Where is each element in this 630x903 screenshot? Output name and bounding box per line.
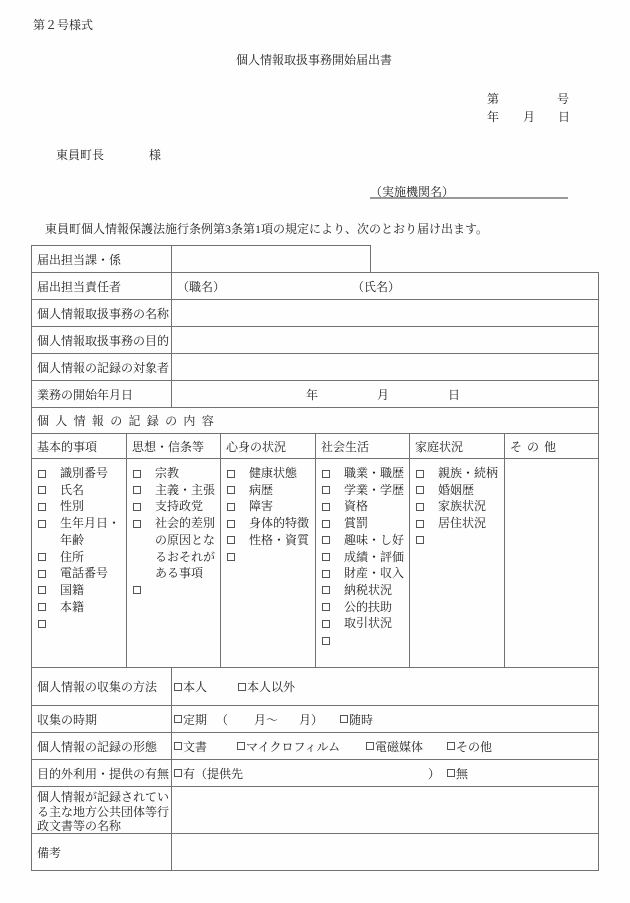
checkbox-label: 住所 (60, 549, 122, 566)
checkbox[interactable] (38, 620, 46, 628)
checkbox-label: 納税状況 (344, 582, 406, 599)
responsible-field[interactable]: （職名） （氏名） (171, 272, 599, 300)
checkbox[interactable] (38, 470, 46, 478)
checkbox-item[interactable]: 宗教 (127, 465, 220, 482)
checkbox-item[interactable]: 納税状況 (316, 582, 409, 599)
checkbox-label: 支持政党 (155, 498, 217, 515)
affair-purpose-label-cell: 個人情報取扱事務の目的 (31, 326, 172, 354)
agency-name-field[interactable] (370, 197, 568, 199)
option-label: 文書 (183, 738, 207, 755)
addressee-name: 東員町長 (56, 149, 104, 161)
checkbox[interactable] (38, 570, 46, 578)
month-from[interactable]: 月～ (254, 706, 278, 732)
checkbox-item[interactable]: 生年月日・年齢 (32, 515, 126, 548)
start-date-label: 業務の開始年月日 (37, 381, 133, 407)
category-header-label: 社会生活 (321, 434, 369, 458)
checkbox-label: 資格 (344, 498, 406, 515)
option-label: マイクロフィルム (246, 738, 340, 755)
related-documents-label: 個人情報が記録されている主な地方公共団体等行政文書等の名称 (37, 790, 171, 834)
dept-label-cell: 届出担当課・係 (31, 245, 172, 273)
checkbox[interactable] (38, 503, 46, 511)
checkbox-item[interactable]: 財産・収入 (316, 565, 409, 582)
external-use-label-cell: 目的外利用・提供の有無 (31, 759, 172, 787)
checkbox-label: 性別 (60, 498, 122, 515)
collection-method-field: 本人 本人以外 (171, 667, 599, 706)
responsible-label: 届出担当責任者 (37, 273, 121, 299)
checkbox-item[interactable]: 電話番号 (32, 565, 126, 582)
checkbox-label: 本籍 (60, 599, 122, 616)
checkbox-label: 宗教 (155, 465, 217, 482)
category-list-family: 親族・続柄 婚姻歴 家族状況 居住状況 (409, 458, 505, 668)
checkbox-item[interactable]: 居住状況 (410, 515, 504, 532)
checkbox-item-other[interactable] (316, 632, 409, 649)
checkbox-item-other[interactable] (221, 549, 315, 566)
checkbox-item-other[interactable] (127, 582, 220, 599)
checkbox-label: 学業・学歴 (344, 482, 406, 499)
checkbox-label: 公的扶助 (344, 599, 406, 616)
checkbox-item[interactable]: 識別番号 (32, 465, 126, 482)
checkbox-item[interactable]: 住所 (32, 549, 126, 566)
checkbox-label: 電話番号 (60, 565, 122, 582)
checkbox-label: 健康状態 (249, 465, 311, 482)
doc-number-suffix: 号 (557, 93, 569, 105)
date-year: 年 (487, 111, 499, 123)
category-header-label: 基本的事項 (37, 434, 97, 458)
checkbox[interactable] (227, 520, 235, 528)
checkbox[interactable] (174, 683, 182, 691)
checkbox-label: 職業・職歴 (344, 465, 406, 482)
statement-text: 東員町個人情報保護法施行条例第3条第1項の規定により、次のとおり届け出ます。 (45, 223, 488, 235)
checkbox[interactable] (174, 742, 182, 750)
option-yes[interactable]: 有（提供先 (174, 760, 243, 786)
checkbox-item[interactable]: 親族・続柄 (410, 465, 504, 482)
checkbox-item[interactable]: 資格 (316, 498, 409, 515)
open-paren: （ (216, 706, 228, 732)
option-label: 定期 (183, 711, 207, 728)
checkbox[interactable] (133, 520, 141, 528)
checkbox[interactable] (416, 520, 424, 528)
checkbox[interactable] (38, 520, 46, 528)
category-list-basic: 識別番号 氏名 性別 生年月日・年齢 住所 電話番号 国籍 本籍 (31, 458, 127, 668)
category-header-health: 心身の状況 (220, 433, 316, 459)
category-list-other[interactable] (504, 458, 599, 668)
category-header-beliefs: 思想・信条等 (126, 433, 221, 459)
checkbox[interactable] (447, 742, 455, 750)
checkbox[interactable] (38, 486, 46, 494)
category-header-label: その他 (510, 434, 561, 458)
category-header-family: 家庭状況 (409, 433, 505, 459)
checkbox[interactable] (322, 486, 330, 494)
checkbox[interactable] (447, 769, 455, 777)
affair-name-label-cell: 個人情報取扱事務の名称 (31, 299, 172, 327)
affair-name-field[interactable] (171, 299, 599, 327)
checkbox[interactable] (322, 553, 330, 561)
checkbox-item-other[interactable] (32, 615, 126, 632)
checkbox[interactable] (322, 570, 330, 578)
option-label: 無 (456, 765, 468, 782)
checkbox-item[interactable]: 性格・資質 (221, 532, 315, 549)
checkbox-label: 識別番号 (60, 465, 122, 482)
option-label: 電磁媒体 (375, 738, 423, 755)
category-header-label: 家庭状況 (415, 434, 463, 458)
checkbox[interactable] (38, 586, 46, 594)
remarks-field[interactable] (171, 833, 599, 871)
dept-field[interactable] (171, 245, 371, 273)
checkbox[interactable] (416, 536, 424, 544)
start-date-day: 日 (448, 381, 460, 407)
category-list-beliefs: 宗教 主義・主張 支持政党 社会的差別の原因となるおそれがある事項 (126, 458, 221, 668)
option-label: その他 (456, 738, 492, 755)
checkbox-item[interactable]: 身体的特徴 (221, 515, 315, 532)
related-documents-field[interactable] (171, 786, 599, 834)
name-label: （氏名） (352, 273, 400, 299)
option-label: 随時 (349, 711, 373, 728)
checkbox[interactable] (38, 553, 46, 561)
checkbox[interactable] (38, 603, 46, 611)
checkbox-label: 身体的特徴 (249, 515, 311, 532)
checkbox[interactable] (322, 470, 330, 478)
checkbox-label: 趣味・し好 (344, 532, 406, 549)
form-number: 第２号様式 (33, 19, 93, 31)
record-subjects-field[interactable] (171, 353, 599, 381)
checkbox-item[interactable]: 取引状況 (316, 615, 409, 632)
option-no[interactable]: 無 (447, 760, 468, 786)
checkbox-label: 氏名 (60, 482, 122, 499)
checkbox-item[interactable]: 学業・学歴 (316, 482, 409, 499)
checkbox-label: 社会的差別の原因となるおそれがある事項 (155, 515, 217, 582)
option-other-than-self[interactable]: 本人以外 (238, 668, 295, 705)
remarks-label-cell: 備考 (31, 833, 172, 871)
addressee-honorific: 様 (149, 149, 161, 161)
checkbox-item[interactable]: 職業・職歴 (316, 465, 409, 482)
option-label: 有（提供先 (183, 765, 243, 782)
checkbox[interactable] (416, 503, 424, 511)
checkbox-label: 親族・続柄 (438, 465, 500, 482)
checkbox-item[interactable]: 性別 (32, 498, 126, 515)
record-subjects-label-cell: 個人情報の記録の対象者 (31, 353, 172, 381)
checkbox-item[interactable]: 主義・主張 (127, 482, 220, 499)
checkbox[interactable] (174, 715, 182, 723)
checkbox[interactable] (322, 603, 330, 611)
close-paren: ） (428, 760, 440, 786)
form-page: 第２号様式 個人情報取扱事務開始届出書 第 号 年 月 日 東員町長 様 （実施… (0, 0, 630, 903)
checkbox-label: 財産・収入 (344, 565, 406, 582)
record-form-label-cell: 個人情報の記録の形態 (31, 732, 172, 760)
responsible-label-cell: 届出担当責任者 (31, 272, 172, 300)
checkbox[interactable] (227, 553, 235, 561)
checkbox-label: 居住状況 (438, 515, 500, 532)
option-microfilm[interactable]: マイクロフィルム (237, 733, 340, 759)
collection-method-label-cell: 個人情報の収集の方法 (31, 667, 172, 706)
option-periodic[interactable]: 定期 (174, 706, 207, 732)
checkbox-label: 性格・資質 (249, 532, 311, 549)
option-other[interactable]: その他 (447, 733, 492, 759)
start-date-label-cell: 業務の開始年月日 (31, 380, 172, 408)
checkbox-item[interactable]: 公的扶助 (316, 599, 409, 616)
external-use-label: 目的外利用・提供の有無 (37, 760, 169, 786)
checkbox-label: 婚姻歴 (438, 482, 500, 499)
affair-purpose-label: 個人情報取扱事務の目的 (37, 327, 169, 353)
month-to[interactable]: 月） (299, 706, 323, 732)
date-day: 日 (558, 111, 570, 123)
checkbox-label: 病歴 (249, 482, 311, 499)
checkbox[interactable] (227, 503, 235, 511)
checkbox[interactable] (366, 742, 374, 750)
start-date-year: 年 (306, 381, 318, 407)
checkbox-item[interactable]: 氏名 (32, 482, 126, 499)
category-list-health: 健康状態 病歴 障害 身体的特徴 性格・資質 (220, 458, 316, 668)
checkbox[interactable] (322, 536, 330, 544)
checkbox[interactable] (227, 470, 235, 478)
checkbox-label: 障害 (249, 498, 311, 515)
checkbox-label: 賞罰 (344, 515, 406, 532)
checkbox-item[interactable]: 病歴 (221, 482, 315, 499)
category-header-label: 思想・信条等 (132, 434, 204, 458)
checkbox[interactable] (133, 470, 141, 478)
option-electronic-media[interactable]: 電磁媒体 (366, 733, 423, 759)
checkbox-item[interactable]: 支持政党 (127, 498, 220, 515)
category-header-other: その他 (504, 433, 599, 459)
checkbox-item[interactable]: 家族状況 (410, 498, 504, 515)
checkbox[interactable] (322, 586, 330, 594)
option-label: 本人 (183, 678, 207, 695)
start-date-month: 月 (377, 381, 389, 407)
related-documents-label-cell: 個人情報が記録されている主な地方公共団体等行政文書等の名称 (31, 786, 172, 834)
checkbox-item[interactable]: 国籍 (32, 582, 126, 599)
checkbox-item[interactable]: 婚姻歴 (410, 482, 504, 499)
checkbox[interactable] (133, 586, 141, 594)
checkbox[interactable] (227, 536, 235, 544)
checkbox[interactable] (133, 503, 141, 511)
checkbox-label: 国籍 (60, 582, 122, 599)
checkbox-item[interactable]: 健康状態 (221, 465, 315, 482)
checkbox[interactable] (322, 520, 330, 528)
collection-method-label: 個人情報の収集の方法 (37, 668, 157, 705)
checkbox-item[interactable]: 趣味・し好 (316, 532, 409, 549)
checkbox-item[interactable]: 社会的差別の原因となるおそれがある事項 (127, 515, 220, 582)
checkbox[interactable] (322, 503, 330, 511)
collection-timing-label: 収集の時期 (37, 706, 97, 732)
checkbox[interactable] (174, 769, 182, 777)
checkbox[interactable] (340, 715, 348, 723)
collection-timing-label-cell: 収集の時期 (31, 705, 172, 733)
option-label: 本人以外 (247, 678, 295, 695)
option-anytime[interactable]: 随時 (340, 706, 373, 732)
checkbox-label: 生年月日・年齢 (60, 515, 122, 548)
affair-purpose-field[interactable] (171, 326, 599, 354)
checkbox-label: 成績・評価 (344, 549, 406, 566)
affair-name-label: 個人情報取扱事務の名称 (37, 300, 169, 326)
category-header-label: 心身の状況 (226, 434, 286, 458)
form-title: 個人情報取扱事務開始届出書 (236, 54, 392, 66)
checkbox-item[interactable]: 賞罰 (316, 515, 409, 532)
start-date-field[interactable]: 年 月 日 (171, 380, 599, 408)
checkbox-item-other[interactable] (410, 532, 504, 549)
date-month: 月 (523, 111, 535, 123)
checkbox[interactable] (227, 486, 235, 494)
checkbox-item[interactable]: 本籍 (32, 599, 126, 616)
checkbox[interactable] (416, 486, 424, 494)
dept-label: 届出担当課・係 (37, 246, 121, 272)
checkbox[interactable] (133, 486, 141, 494)
record-form-field: 文書 マイクロフィルム 電磁媒体 その他 (171, 732, 599, 760)
doc-number-prefix: 第 (487, 93, 499, 105)
remarks-label: 備考 (37, 834, 61, 870)
checkbox-item[interactable]: 成績・評価 (316, 549, 409, 566)
category-header-social: 社会生活 (315, 433, 410, 459)
option-document[interactable]: 文書 (174, 733, 207, 759)
option-self[interactable]: 本人 (174, 668, 207, 705)
checkbox[interactable] (322, 637, 330, 645)
position-label: （職名） (177, 273, 225, 299)
checkbox[interactable] (237, 742, 245, 750)
checkbox-label: 主義・主張 (155, 482, 217, 499)
checkbox-label: 取引状況 (344, 615, 406, 632)
checkbox-label: 家族状況 (438, 498, 500, 515)
checkbox[interactable] (238, 683, 246, 691)
record-contents-heading: 個人情報の記録の内容 (37, 408, 220, 433)
collection-timing-field: 定期 （ 月～ 月） 随時 (171, 705, 599, 733)
category-list-social: 職業・職歴 学業・学歴 資格 賞罰 趣味・し好 成績・評価 財産・収入 納税状況… (315, 458, 410, 668)
external-use-field: 有（提供先 ） 無 (171, 759, 599, 787)
record-contents-heading-cell: 個人情報の記録の内容 (31, 407, 599, 434)
record-subjects-label: 個人情報の記録の対象者 (37, 354, 169, 380)
checkbox[interactable] (416, 470, 424, 478)
checkbox-item[interactable]: 障害 (221, 498, 315, 515)
category-header-basic: 基本的事項 (31, 433, 127, 459)
record-form-label: 個人情報の記録の形態 (37, 733, 157, 759)
checkbox[interactable] (322, 620, 330, 628)
